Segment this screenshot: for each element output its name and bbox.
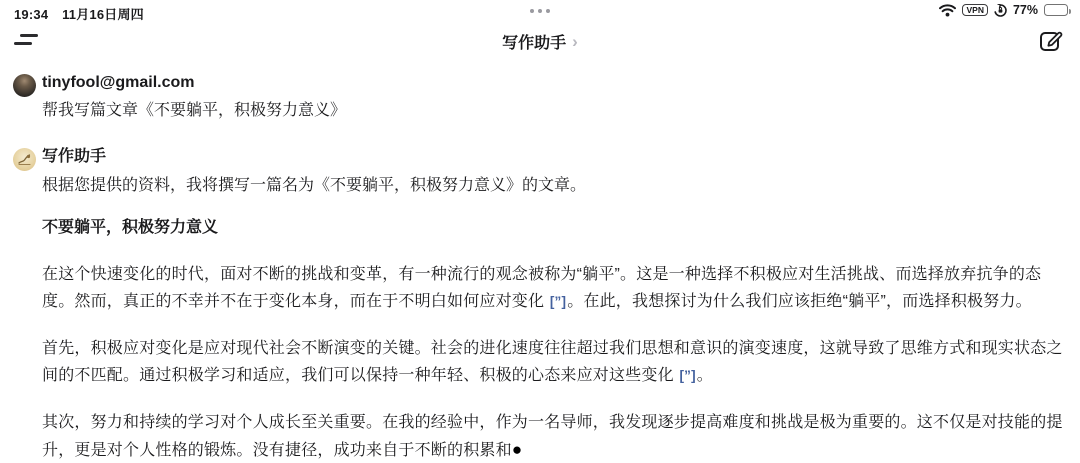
conversation-title-button[interactable]: 写作助手 ›: [502, 30, 578, 53]
writing-avatar-art-icon: [17, 152, 32, 167]
user-name: tinyfool@gmail.com: [42, 72, 1064, 94]
compose-button[interactable]: [1038, 27, 1064, 53]
nav-bar: 写作助手 ›: [0, 24, 1080, 60]
clock-and-date: 19:34 11月16日周四: [14, 4, 144, 23]
assistant-paragraph: 在这个快速变化的时代，面对不断的挑战和变革，有一种流行的观念被称为“躺平”。这是…: [42, 261, 1064, 315]
user-avatar[interactable]: [13, 74, 36, 97]
paragraph-text: 首先，积极应对变化是应对现代社会不断演变的关键。社会的进化速度往往超过我们思想和…: [42, 340, 1063, 384]
app-window: 19:34 11月16日周四 VPN 77%: [0, 0, 1080, 463]
paragraph-text: 。: [697, 367, 713, 384]
sidebar-toggle-icon[interactable]: [14, 30, 40, 52]
assistant-paragraph: 首先，积极应对变化是应对现代社会不断演变的关键。社会的进化速度往往超过我们思想和…: [42, 335, 1064, 389]
assistant-paragraphs: 在这个快速变化的时代，面对不断的挑战和变革，有一种流行的观念被称为“躺平”。这是…: [42, 261, 1064, 463]
user-message-text: 帮我写篇文章《不要躺平，积极努力意义》: [42, 97, 1064, 124]
assistant-message: 写作助手 根据您提供的资料，我将撰写一篇名为《不要躺平，积极努力意义》的文章。 …: [0, 146, 1080, 463]
page-title: 写作助手: [502, 30, 566, 53]
article-heading: 不要躺平，积极努力意义: [42, 214, 1064, 241]
multitask-indicator[interactable]: [530, 9, 550, 13]
assistant-name: 写作助手: [42, 146, 1064, 168]
paragraph-text: 。在此，我想探讨为什么我们应该拒绝“躺平”，而选择积极努力。: [567, 293, 1032, 310]
assistant-intro: 根据您提供的资料，我将撰写一篇名为《不要躺平，积极努力意义》的文章。: [42, 172, 1064, 199]
streaming-cursor: ●: [512, 440, 522, 459]
status-time: 19:34: [14, 7, 48, 22]
battery-percent: 77%: [1013, 3, 1038, 17]
assistant-avatar[interactable]: [13, 148, 36, 171]
paragraph-text: 其次，努力和持续的学习对个人成长至关重要。在我的经验中，作为一名导师，我发现逐步…: [42, 414, 1063, 459]
orientation-lock-icon: [994, 4, 1007, 17]
assistant-paragraph: 其次，努力和持续的学习对个人成长至关重要。在我的经验中，作为一名导师，我发现逐步…: [42, 409, 1064, 463]
citation-badge[interactable]: [”]: [549, 294, 567, 309]
status-icons: VPN 77%: [939, 3, 1068, 17]
vpn-badge: VPN: [962, 4, 987, 16]
status-bar: 19:34 11月16日周四 VPN 77%: [0, 0, 1080, 24]
wifi-icon: [939, 4, 956, 17]
battery-icon: [1044, 4, 1068, 16]
chevron-right-icon: ›: [572, 34, 578, 50]
user-message: tinyfool@gmail.com 帮我写篇文章《不要躺平，积极努力意义》: [0, 72, 1080, 124]
status-date: 11月16日周四: [62, 7, 144, 22]
citation-badge[interactable]: [”]: [678, 368, 696, 383]
